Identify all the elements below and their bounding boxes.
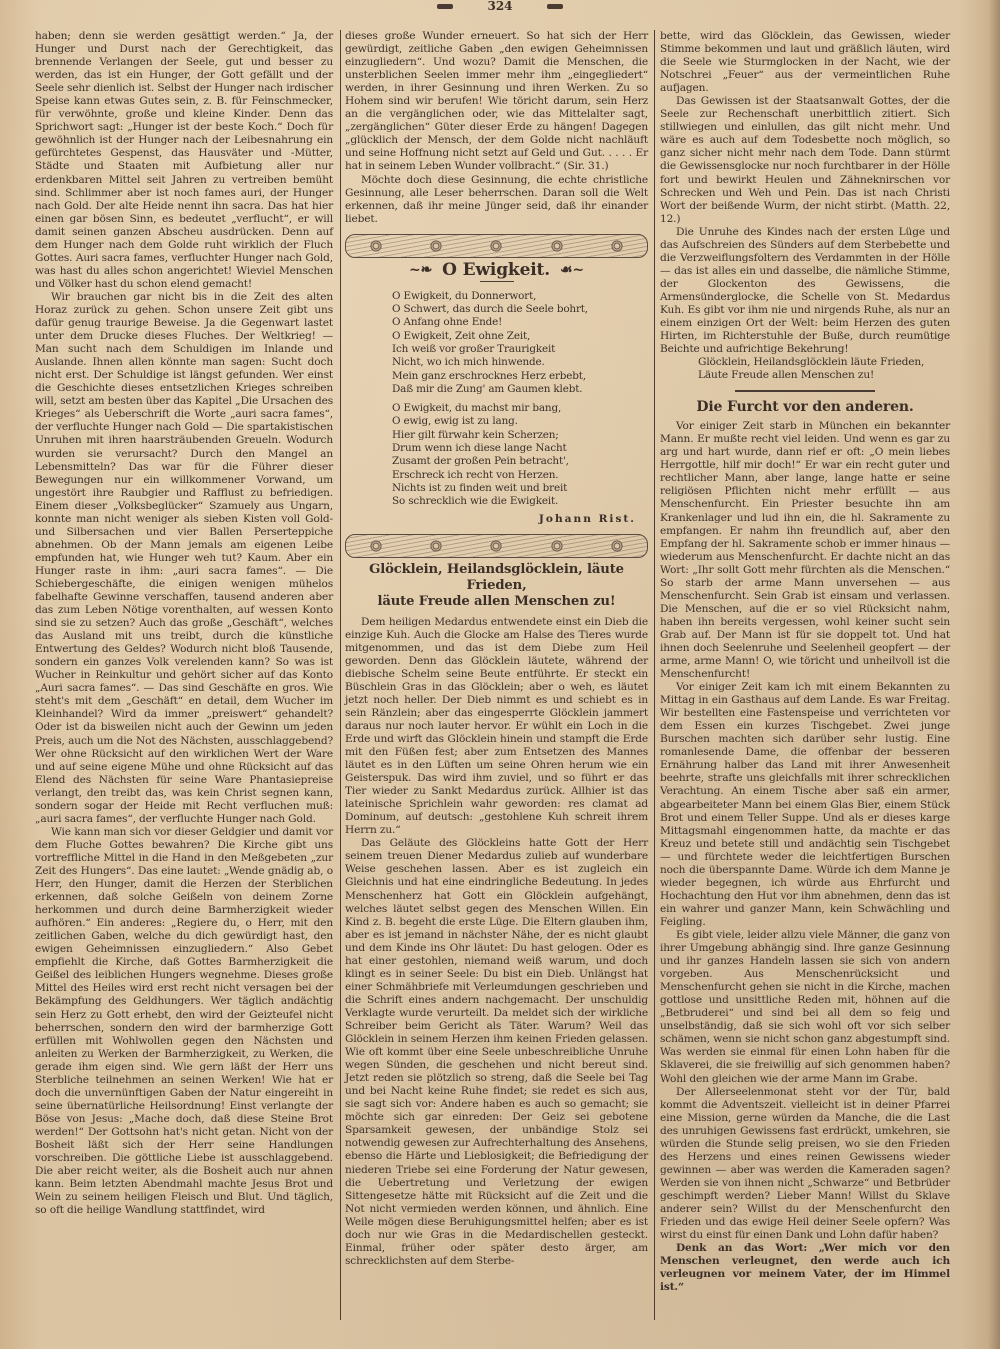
left-paragraph: haben; denn sie werden gesättigt werden.…: [35, 30, 333, 291]
ornamental-divider: [345, 234, 648, 258]
right-paragraph: Das Gewissen ist der Staatsanwalt Gottes…: [660, 95, 950, 225]
poem-line: Erschreck ich recht von Herzen.: [392, 469, 648, 482]
poem-title-text: O Ewigkeit.: [442, 264, 550, 277]
article-paragraph: Es gibt viele, leider allzu viele Männer…: [660, 929, 950, 1086]
flower-ornament-icon: [369, 239, 383, 253]
header-ornament-right: [547, 4, 563, 9]
middle-column: dieses große Wunder erneuert. So hat sic…: [345, 30, 648, 1268]
poem-line: O Ewigkeit, du Donnerwort,: [392, 290, 648, 303]
poem-line: Ich weiß vor großer Traurigkeit: [392, 343, 648, 356]
middle-intro-paragraph: dieses große Wunder erneuert. So hat sic…: [345, 30, 648, 174]
poem-line: Zusamt der großen Pein betracht',: [392, 455, 648, 468]
article-heading: Glöcklein, Heilandsglöcklein, läute Frie…: [345, 562, 648, 610]
article-heading: Die Furcht vor den anderen.: [660, 398, 950, 416]
article-paragraph: Vor einiger Zeit kam ich mit einem Bekan…: [660, 681, 950, 929]
refrain-line: Glöcklein, Heilandsglöcklein läute Fried…: [698, 356, 950, 369]
poem-line: So schrecklich wie die Ewigkeit.: [392, 495, 648, 508]
page-header: 324: [380, 0, 620, 12]
article-heading-line-1: Glöcklein, Heilandsglöcklein, läute Frie…: [345, 562, 648, 594]
poem-line: Daß mir die Zung' am Gaumen klebt.: [392, 383, 648, 396]
flower-ornament-icon: [489, 539, 503, 553]
middle-intro-paragraph: Möchte doch diese Gesinnung, die echte c…: [345, 174, 648, 226]
poem-line: Hier gilt fürwahr kein Scherzen;: [392, 429, 648, 442]
ornamental-divider: [345, 534, 648, 558]
poem-stanza-1: O Ewigkeit, du Donnerwort, O Schwert, da…: [392, 290, 648, 396]
flower-ornament-icon: [550, 239, 564, 253]
swash-left-icon: ~❧: [409, 264, 432, 277]
flower-ornament-icon: [489, 239, 503, 253]
poem-line: O Ewigkeit, Zeit ohne Zeit,: [392, 330, 648, 343]
poem-stanza-2: O Ewigkeit, du machst mir bang, O ewig, …: [392, 402, 648, 508]
article-paragraph: Das Geläute des Glöckleins hatte Gott de…: [345, 837, 648, 1268]
poem-title: ~❧ O Ewigkeit. ☙~: [345, 264, 648, 277]
left-column: haben; denn sie werden gesättigt werden.…: [35, 30, 333, 1217]
column-rule-1: [340, 30, 341, 1320]
flower-ornament-icon: [429, 239, 443, 253]
flower-ornament-icon: [550, 539, 564, 553]
closing-quote: Denk an das Wort: „Wer mich vor den Mens…: [660, 1242, 950, 1294]
flower-ornament-icon: [610, 539, 624, 553]
section-separator: [735, 390, 875, 392]
column-rule-2: [654, 30, 655, 1320]
flower-ornament-icon: [369, 539, 383, 553]
poem-author: Johann Rist.: [345, 513, 648, 526]
page-number: 324: [487, 1, 512, 11]
refrain: Glöcklein, Heilandsglöcklein läute Fried…: [660, 356, 950, 382]
poem-title-rule: [480, 281, 514, 282]
poem-body: O Ewigkeit, du Donnerwort, O Schwert, da…: [345, 290, 648, 509]
right-paragraph: Die Unruhe des Kindes nach der ersten Lü…: [660, 226, 950, 356]
flower-ornament-icon: [610, 239, 624, 253]
right-column: bette, wird das Glöcklein, das Gewissen,…: [660, 30, 950, 1294]
article-heading-line-2: läute Freude allen Menschen zu!: [345, 594, 648, 610]
poem-line: Nicht, wo ich mich hinwende.: [392, 356, 648, 369]
article-paragraph: Dem heiligen Medardus entwendete einst e…: [345, 616, 648, 838]
poem-line: O Anfang ohne Ende!: [392, 316, 648, 329]
poem-line: O ewig, ewig ist zu lang.: [392, 415, 648, 428]
flower-ornament-icon: [429, 539, 443, 553]
poem-line: O Schwert, das durch die Seele bohrt,: [392, 303, 648, 316]
refrain-line: Läute Freude allen Menschen zu!: [698, 369, 950, 382]
left-paragraph: Wie kann man sich vor dieser Geldgier un…: [35, 826, 333, 1217]
poem-line: Mein ganz erschrocknes Herz erbebt,: [392, 370, 648, 383]
page-edge-shadow: [988, 0, 1000, 1349]
poem-line: O Ewigkeit, du machst mir bang,: [392, 402, 648, 415]
header-ornament-left: [437, 4, 453, 9]
poem-line: Nichts ist zu finden weit und breit: [392, 482, 648, 495]
right-paragraph: bette, wird das Glöcklein, das Gewissen,…: [660, 30, 950, 95]
swash-right-icon: ☙~: [560, 264, 584, 277]
article-paragraph: Der Allerseelenmonat steht vor der Tür, …: [660, 1086, 950, 1243]
article-paragraph: Vor einiger Zeit starb in München ein be…: [660, 420, 950, 681]
left-paragraph: Wir brauchen gar nicht bis in die Zeit d…: [35, 291, 333, 826]
poem-line: Drum wenn ich diese lange Nacht: [392, 442, 648, 455]
